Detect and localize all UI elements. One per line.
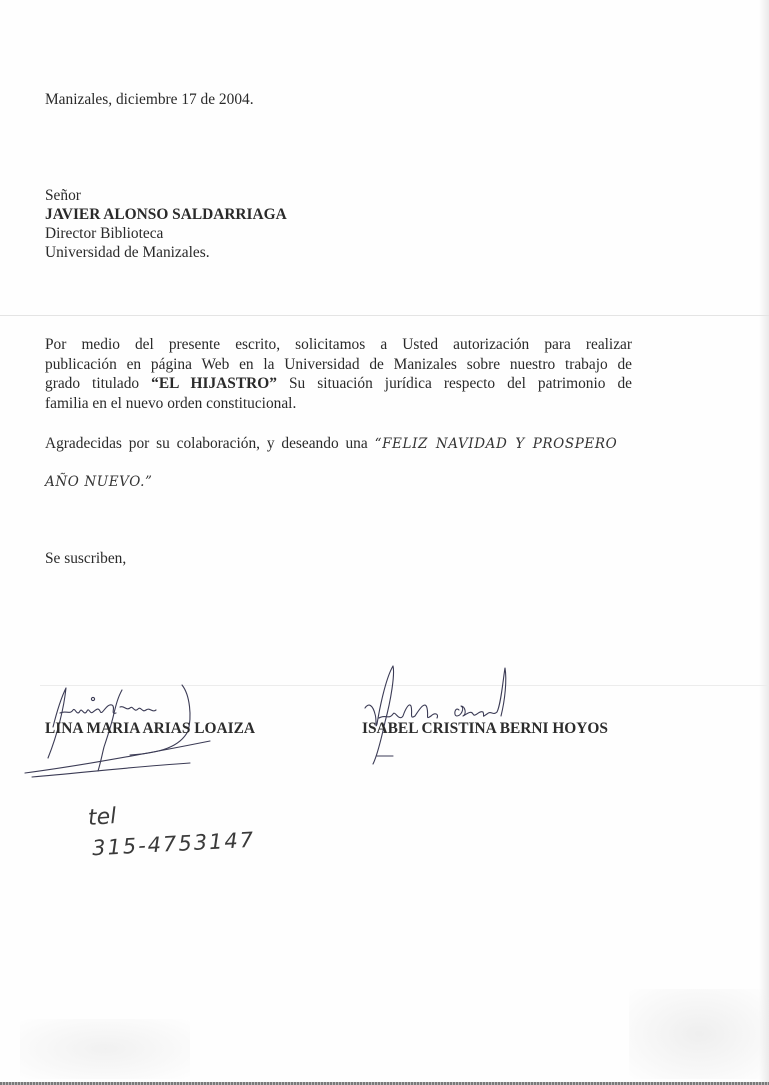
- handwritten-tel-label: tel: [87, 804, 117, 831]
- body-paragraph-request: Por medio del presente escrito, solicita…: [45, 335, 632, 413]
- thesis-title: “EL HIJASTRO”: [151, 375, 277, 392]
- signatory-name-2: ISABEL CRISTINA BERNI HOYOS: [362, 720, 608, 738]
- signature-isabel-icon: [355, 660, 535, 770]
- recipient-position: Director Biblioteca: [45, 224, 163, 243]
- paragraph-line: Por medio del presente escrito, solicita…: [45, 335, 632, 355]
- holiday-greeting-continued: AÑO NUEVO.”: [45, 473, 153, 492]
- signatory-name-1: LINA MARIA ARIAS LOAIZA: [45, 720, 255, 738]
- recipient-name: JAVIER ALONSO SALDARRIAGA: [45, 205, 287, 224]
- paragraph-line: Agradecidas por su colaboración, y desea…: [45, 434, 632, 455]
- paragraph-text: grado titulado: [45, 375, 139, 392]
- scan-smudge: [20, 1019, 190, 1079]
- recipient-salutation: Señor: [45, 186, 81, 205]
- scan-edge-shadow: [759, 0, 769, 1085]
- paragraph-line: grado titulado “EL HIJASTRO” Su situació…: [45, 374, 632, 394]
- holiday-greeting: “FELIZ NAVIDAD Y PROSPERO: [375, 436, 618, 452]
- handwritten-phone-number: 315-4753147: [91, 828, 255, 861]
- letter-date: Manizales, diciembre 17 de 2004.: [45, 90, 254, 109]
- paragraph-text: Agradecidas por su colaboración, y desea…: [45, 435, 368, 452]
- scanned-letter-page: Manizales, diciembre 17 de 2004. Señor J…: [0, 0, 769, 1085]
- recipient-institution: Universidad de Manizales.: [45, 243, 210, 262]
- letter-closing: Se suscriben,: [45, 549, 126, 568]
- scan-smudge: [629, 989, 769, 1079]
- body-paragraph-thanks: Agradecidas por su colaboración, y desea…: [45, 434, 632, 455]
- paragraph-text: Su situación jurídica respecto del patri…: [289, 375, 632, 392]
- paragraph-line: familia en el nuevo orden constitucional…: [45, 394, 632, 414]
- paragraph-line: publicación en página Web en la Universi…: [45, 355, 632, 375]
- paper-fold-line: [0, 315, 769, 316]
